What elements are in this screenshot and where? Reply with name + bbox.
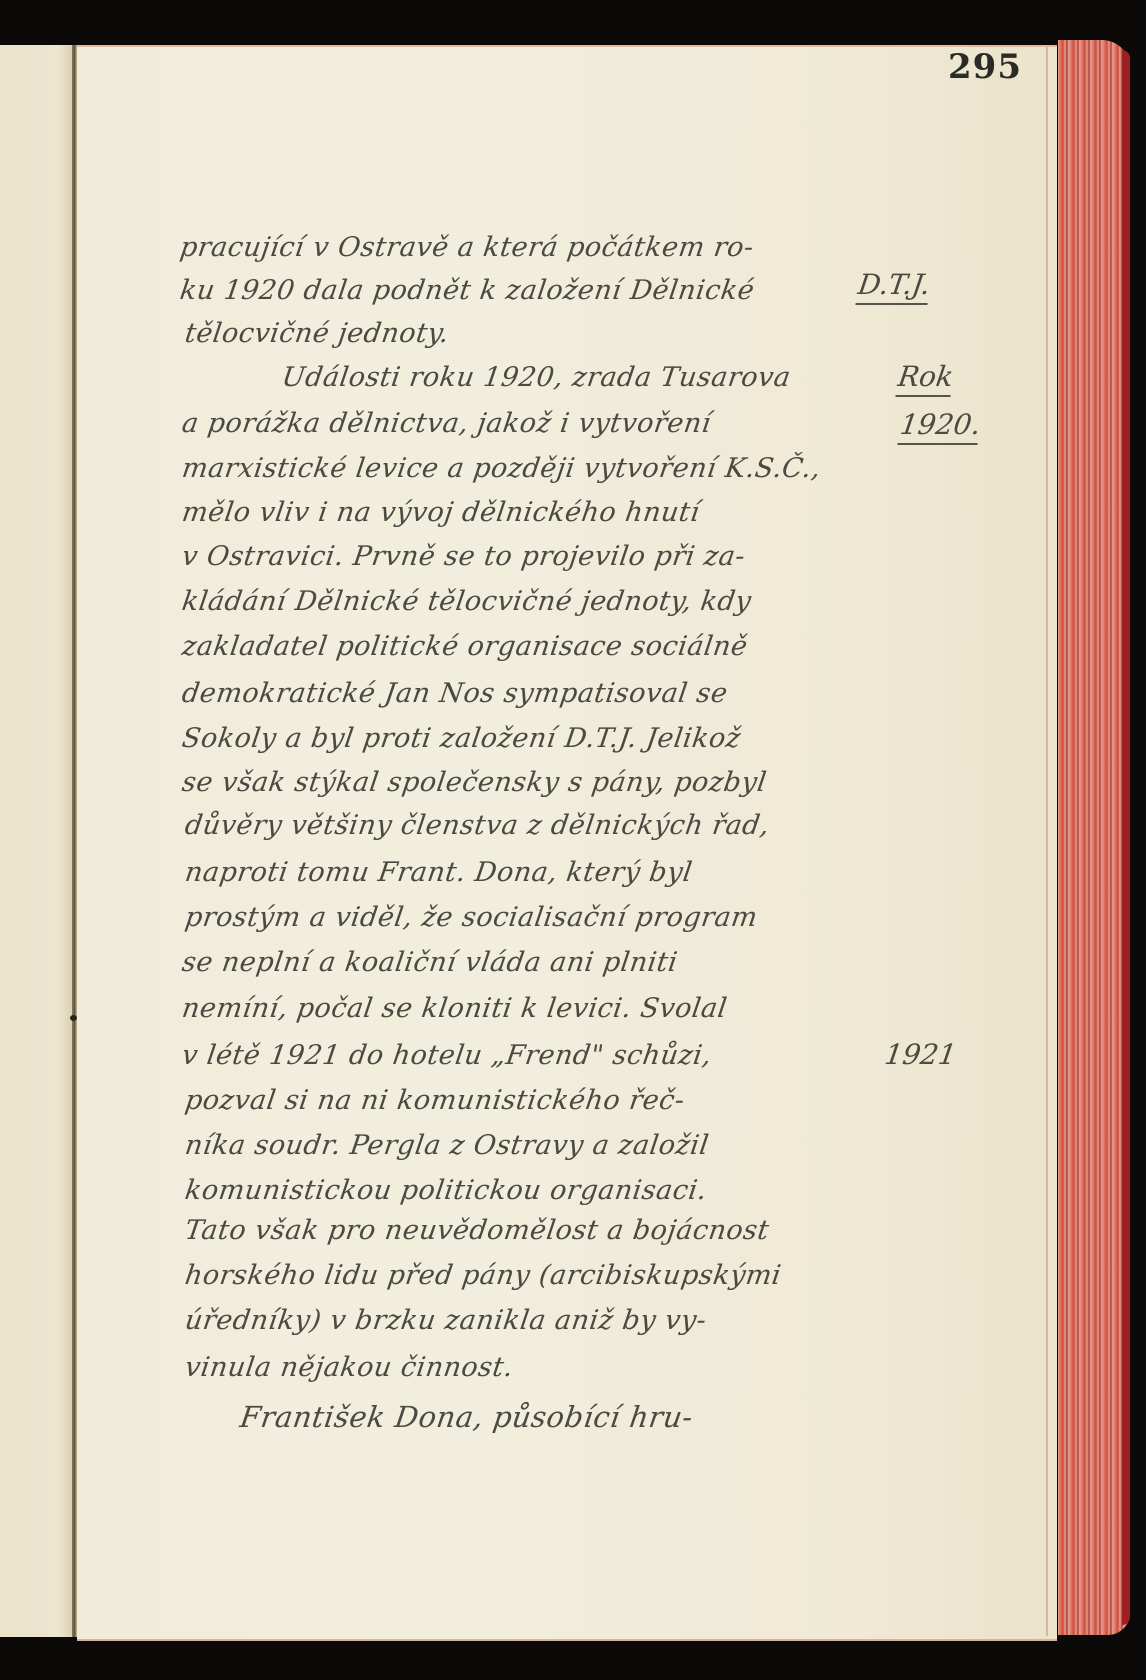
page-number: 295 — [948, 47, 1022, 87]
text-line: mělo vliv i na vývoj dělnického hnutí — [180, 497, 702, 528]
page-margin-rule — [1046, 46, 1048, 1636]
text-line: Události roku 1920, zrada Tusarova — [280, 362, 793, 393]
text-line: a porážka dělnictva, jakož i vytvoření — [180, 408, 713, 439]
text-line: úředníky) v brzku zanikla aniž by vy- — [183, 1305, 708, 1336]
book-page-edges — [1058, 40, 1130, 1635]
text-line: níka soudr. Pergla z Ostravy a založil — [183, 1130, 711, 1161]
text-line: se však stýkal společensky s pány, pozby… — [180, 767, 769, 798]
text-line: demokratické Jan Nos sympatisoval se — [180, 678, 730, 709]
text-line: se neplní a koaliční vláda ani plniti — [180, 947, 680, 978]
text-line: marxistické levice a později vytvoření K… — [180, 453, 823, 484]
text-line: ku 1920 dala podnět k založení Dělnické — [178, 275, 757, 306]
text-line: tělocvičné jednoty. — [183, 318, 451, 349]
margin-note-rok: Rok — [895, 360, 955, 397]
text-line: v Ostravici. Prvně se to projevilo při z… — [180, 541, 747, 572]
text-line: vinula nějakou činnost. — [183, 1352, 515, 1383]
text-line: naproti tomu Frant. Dona, který byl — [183, 857, 694, 888]
text-line: důvěry většiny členstva z dělnických řad… — [183, 810, 771, 841]
text-line: komunistickou politickou organisaci. — [183, 1175, 709, 1206]
margin-note-1921: 1921 — [883, 1038, 959, 1071]
text-line: Tato však pro neuvědomělost a bojácnost — [183, 1215, 771, 1246]
text-line: František Dona, působící hru- — [238, 1400, 695, 1434]
text-line: kládání Dělnické tělocvičné jednoty, kdy — [180, 586, 753, 617]
text-line: Sokoly a byl proti založení D.T.J. Jelik… — [180, 723, 743, 754]
text-line: v létě 1921 do hotelu „Frend" schůzi, — [180, 1040, 714, 1071]
text-line: pracující v Ostravě a která počátkem ro- — [178, 232, 756, 263]
ink-mark — [70, 1015, 77, 1021]
left-page — [0, 45, 73, 1637]
margin-note-dtj: D.T.J. — [855, 268, 932, 305]
text-line: pozval si na ni komunistického řeč- — [183, 1085, 687, 1116]
margin-note-1920: 1920. — [897, 408, 982, 445]
text-line: horského lidu před pány (arcibiskupskými — [183, 1260, 783, 1291]
text-line: prostým a viděl, že socialisační program — [183, 902, 760, 933]
text-line: zakladatel politické organisace sociálně — [180, 631, 750, 662]
text-line: nemíní, počal se kloniti k levici. Svola… — [180, 993, 729, 1024]
